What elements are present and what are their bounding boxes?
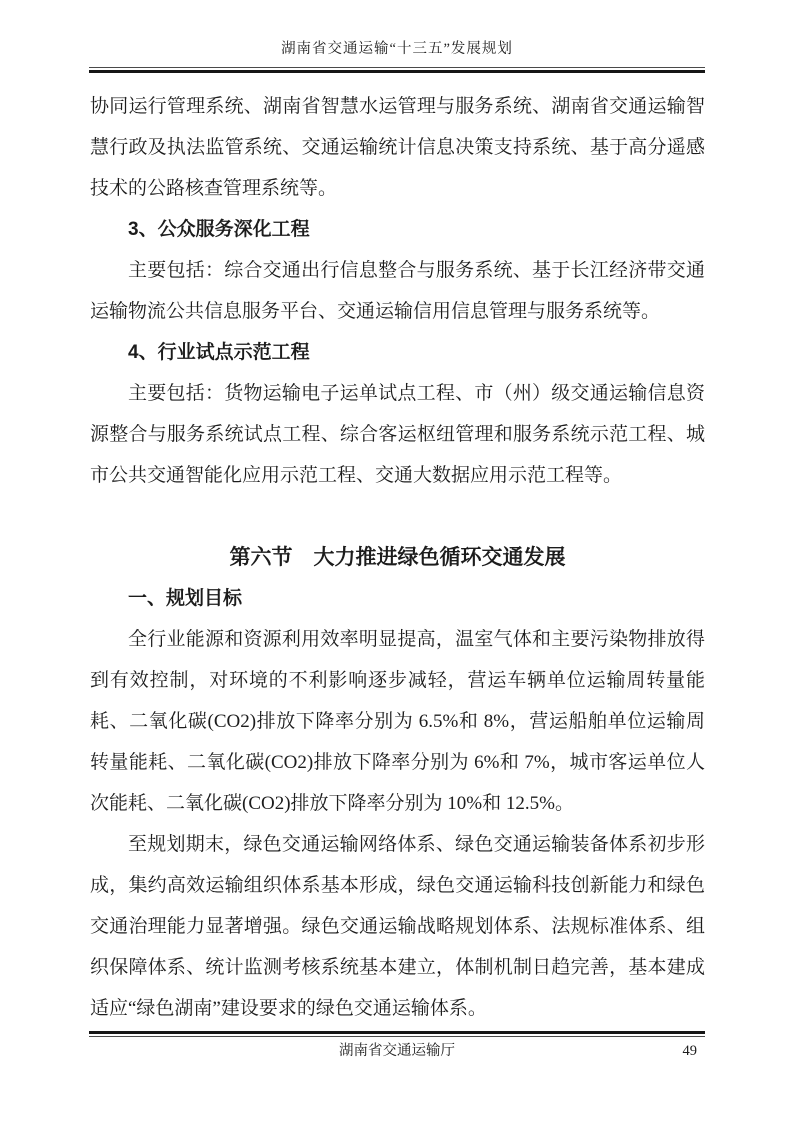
header-rule-thin-line [89, 67, 705, 68]
paragraph-item3-scope: 主要包括：综合交通出行信息整合与服务系统、基于长江经济带交通运输物流公共信息服务… [90, 250, 705, 332]
page-number: 49 [683, 1040, 698, 1062]
footer-organization: 湖南省交通运输厅 [89, 1040, 705, 1062]
paragraph-goals-emission-targets: 全行业能源和资源利用效率明显提高，温室气体和主要污染物排放得到有效控制，对环境的… [90, 619, 705, 824]
running-head-title: 湖南省交通运输“十三五”发展规划 [89, 38, 705, 60]
page-footer: 湖南省交通运输厅 49 [89, 1031, 705, 1062]
heading-item4-pilot-demonstration-project: 4、行业试点示范工程 [90, 332, 705, 373]
footer-row: 湖南省交通运输厅 49 [89, 1040, 705, 1062]
heading-section6-green-circular-transport: 第六节 大力推进绿色循环交通发展 [90, 537, 705, 578]
document-page: 湖南省交通运输“十三五”发展规划 协同运行管理系统、湖南省智慧水运管理与服务系统… [0, 0, 793, 1122]
paragraph-goals-system-building: 至规划期末，绿色交通运输网络体系、绿色交通运输装备体系初步形成，集约高效运输组织… [90, 824, 705, 1029]
page-header: 湖南省交通运输“十三五”发展规划 [89, 38, 705, 73]
footer-rule-thin-line [89, 1036, 705, 1037]
header-rule [89, 67, 705, 73]
paragraph-continued-systems: 协同运行管理系统、湖南省智慧水运管理与服务系统、湖南省交通运输智慧行政及执法监管… [90, 86, 705, 209]
heading-item3-public-service-project: 3、公众服务深化工程 [90, 209, 705, 250]
document-content: 协同运行管理系统、湖南省智慧水运管理与服务系统、湖南省交通运输智慧行政及执法监管… [90, 86, 705, 1029]
footer-rule [89, 1031, 705, 1037]
heading-planning-goals: 一、规划目标 [90, 578, 705, 619]
paragraph-item4-scope: 主要包括：货物运输电子运单试点工程、市（州）级交通运输信息资源整合与服务系统试点… [90, 373, 705, 496]
footer-rule-thick-line [89, 1031, 705, 1034]
header-rule-thick-line [89, 70, 705, 73]
